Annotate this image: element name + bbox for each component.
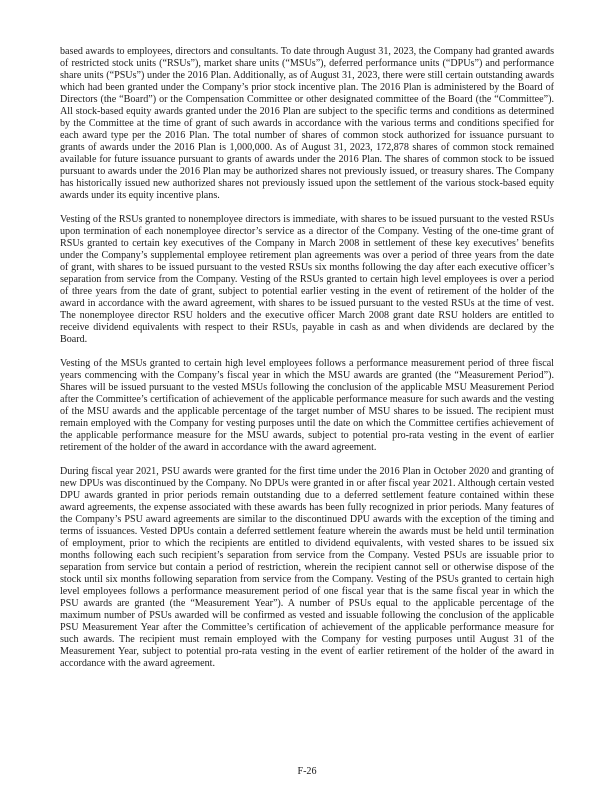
paragraph-2016-plan-overview: based awards to employees, directors and… xyxy=(60,46,554,202)
paragraph-psu-dpu-awards: During fiscal year 2021, PSU awards were… xyxy=(60,466,554,670)
paragraph-rsu-vesting: Vesting of the RSUs granted to nonemploy… xyxy=(60,214,554,346)
paragraph-msu-vesting: Vesting of the MSUs granted to certain h… xyxy=(60,358,554,454)
page-number: F-26 xyxy=(0,766,614,777)
document-body: based awards to employees, directors and… xyxy=(60,46,554,682)
